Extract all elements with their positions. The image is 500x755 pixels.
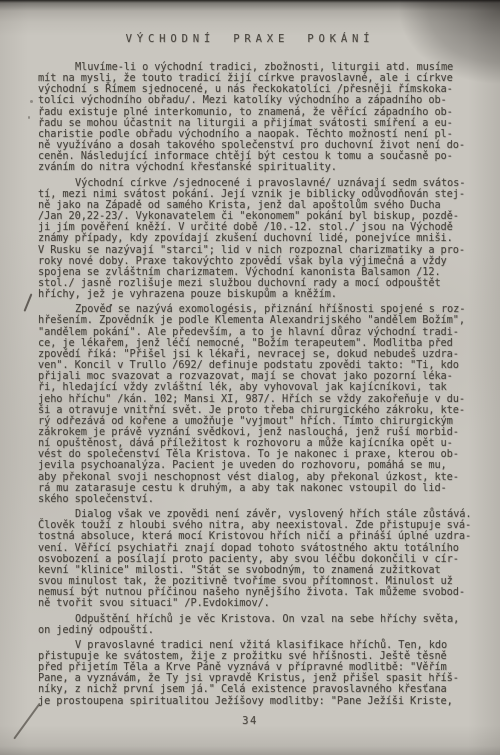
paragraph: Dialog však ve zpovědi není závěr, vyslo… [38, 509, 494, 609]
text-line: hřešením. Zpovědník je podle Klementa Al… [38, 315, 494, 326]
text-line: zváním do nitra východní křesťanské spir… [38, 162, 494, 173]
text-line: on jediný odpouští. [38, 625, 494, 636]
page-number: 34 [0, 715, 500, 727]
text-line: níky, z nichž první jsem já." Celá exist… [38, 684, 494, 695]
paragraph: Východní církve /sjednocené i pravoslavn… [38, 178, 494, 301]
text-line: hříchy, jež je vyhrazena pouze biskupům … [38, 289, 494, 300]
paragraph: Odpuštění hříchů je věc Kristova. On vza… [38, 614, 494, 636]
scanned-page: VÝCHODNÍ PRAXE POKÁNÍ Mluvíme-li o výcho… [0, 0, 500, 755]
text-line: ně tvořit svou situaci" /P.Evdokimov/. [38, 598, 494, 609]
paper-speck [30, 100, 33, 103]
text-line: ři, hledající vždy zvláštní lék, aby vyh… [38, 382, 494, 393]
paragraph: Zpověď se nazývá exomologésis, přiznání … [38, 304, 494, 505]
body-text: Mluvíme-li o východní tradici, zbožnosti… [38, 62, 494, 707]
text-line: tostná absoluce, která mocí Kristovou hř… [38, 531, 494, 542]
page-title: VÝCHODNÍ PRAXE POKÁNÍ [0, 33, 500, 45]
paragraph: Mluvíme-li o východní tradici, zbožnosti… [38, 62, 494, 174]
text-line: ského společenství. [38, 494, 494, 505]
text-line: jevila psychoanalýza. Pacient je uveden … [38, 460, 494, 471]
text-line: tolíci východního obřadu/. Mezi katolíky… [38, 95, 494, 106]
text-line: Odpuštění hříchů je věc Kristova. On vza… [38, 614, 494, 625]
text-line: je prostoupena spiritualitou Ježíšovy mo… [38, 696, 494, 707]
paper-speck [28, 116, 30, 119]
text-line: jeho hříchu" /kán. 102; Mansi XI, 987/. … [38, 394, 494, 405]
paragraph: V pravoslavné tradici není vžitá klasifi… [38, 640, 494, 707]
text-line: známy případy, kdy zpovídají zkušení duc… [38, 233, 494, 244]
text-line: V Rusku se nazývají "starci"; lid v nich… [38, 245, 494, 256]
pen-slash-margin-icon [23, 293, 32, 311]
